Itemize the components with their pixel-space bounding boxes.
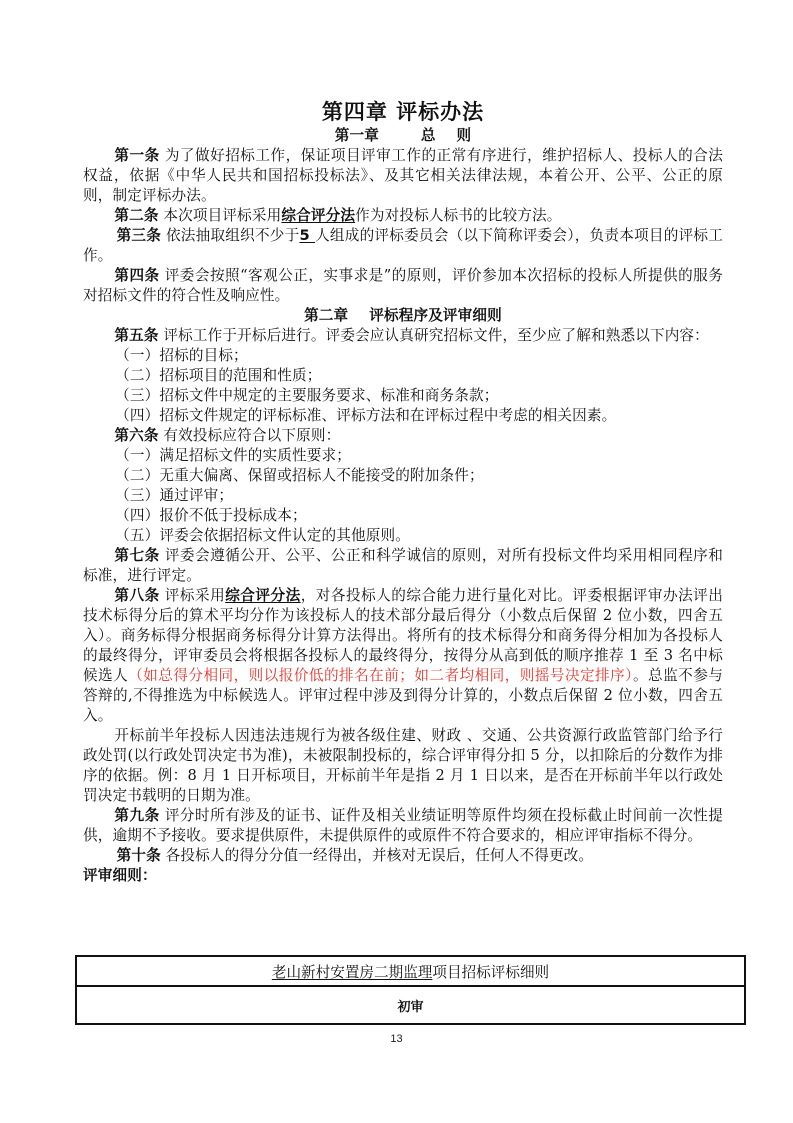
article-3-label: 第三条 bbox=[117, 227, 162, 244]
page-title: 第四章 评标办法 bbox=[83, 98, 723, 126]
article-9: 第九条 评分时所有涉及的证书、证件及相关业绩证明等原件均须在投标截止时间前一次性… bbox=[83, 806, 723, 846]
article-3-pre: 依法抽取组织不少于 bbox=[161, 227, 299, 244]
article-7: 第七条 评委会遵循公开、公平、公正和科学诚信的原则，对所有投标文件均采用相同程序… bbox=[83, 546, 723, 586]
article-7-text: 评委会遵循公开、公平、公正和科学诚信的原则，对所有投标文件均采用相同程序和标准，… bbox=[83, 547, 723, 584]
article-2: 第二条 本次项目评标采用综合评分法作为对投标人标书的比较方法。 bbox=[83, 206, 723, 226]
table-caption: 老山新村安置房二期监理项目招标评标细则 bbox=[76, 956, 745, 986]
article-5-label: 第五条 bbox=[114, 327, 158, 344]
article-5-text: 评标工作于开标后进行。评委会应认真研究招标文件，至少应了解和熟悉以下内容： bbox=[159, 327, 709, 344]
list-item: （五）评委会依据招标文件认定的其他原则。 bbox=[83, 526, 723, 546]
list-item: （三）通过评审； bbox=[83, 486, 723, 506]
article-1-label: 第一条 bbox=[114, 147, 159, 164]
article-6-text: 有效投标应符合以下原则： bbox=[159, 427, 341, 444]
article-10: 第十条 各投标人的得分分值一经得出，并核对无误后，任何人不得更改。 bbox=[83, 846, 723, 866]
article-4-text: 评委会按照“客观公正，实事求是”的原则，评价参加本次招标的投标人所提供的服务对招… bbox=[83, 267, 723, 304]
table-row: 老山新村安置房二期监理项目招标评标细则 bbox=[76, 956, 745, 986]
list-item: （一）招标的目标； bbox=[83, 346, 723, 366]
penalty-paragraph: 开标前半年投标人因违法违规行为被各级住建、财政 、交通、公共资源行政监管部门给予… bbox=[83, 726, 723, 806]
article-3: 第三条 依法抽取组织不少于5 人组成的评标委员会（以下简称评委会），负责本项目的… bbox=[83, 226, 723, 266]
chapter-heading-general: 第一章 总 则 bbox=[83, 126, 723, 146]
article-5: 第五条 评标工作于开标后进行。评委会应认真研究招标文件，至少应了解和熟悉以下内容… bbox=[83, 326, 723, 346]
article-8-pre: 评标采用 bbox=[160, 587, 226, 604]
table-row: 初审 bbox=[76, 986, 745, 1024]
page-number: 13 bbox=[0, 1033, 793, 1045]
project-name: 老山新村安置房二期监理 bbox=[272, 964, 433, 981]
article-8: 第八条 评标采用综合评分法，对各投标人的综合能力进行量化对比。评委根据评审办法评… bbox=[83, 586, 723, 726]
article-6-label: 第六条 bbox=[114, 427, 158, 444]
chapter-heading-procedure: 第二章 评标程序及评审细则 bbox=[83, 306, 723, 326]
article-1: 第一条 为了做好招标工作，保证项目评审工作的正常有序进行，维护招标人、投标人的合… bbox=[83, 146, 723, 206]
article-1-text: 为了做好招标工作，保证项目评审工作的正常有序进行，维护招标人、投标人的合法权益，… bbox=[83, 147, 723, 204]
article-2-post: 作为对投标人标书的比较方法。 bbox=[355, 207, 561, 224]
article-2-pre: 本次项目评标采用 bbox=[159, 207, 282, 224]
section-preliminary-review: 初审 bbox=[76, 986, 745, 1024]
article-4-label: 第四条 bbox=[114, 267, 159, 284]
article-7-label: 第七条 bbox=[114, 547, 159, 564]
article-10-text: 各投标人的得分分值一经得出，并核对无误后，任何人不得更改。 bbox=[161, 847, 593, 864]
evaluation-detail-table: 老山新村安置房二期监理项目招标评标细则 初审 bbox=[75, 955, 746, 1025]
article-2-label: 第二条 bbox=[114, 207, 158, 224]
list-item: （一）满足招标文件的实质性要求； bbox=[83, 446, 723, 466]
caption-rest: 项目招标评标细则 bbox=[432, 964, 549, 981]
article-9-label: 第九条 bbox=[114, 807, 159, 824]
article-4: 第四条 评委会按照“客观公正，实事求是”的原则，评价参加本次招标的投标人所提供的… bbox=[83, 266, 723, 306]
article-9-text: 评分时所有涉及的证书、证件及相关业绩证明等原件均须在投标截止时间前一次性提供，逾… bbox=[83, 807, 723, 844]
article-10-label: 第十条 bbox=[117, 847, 161, 864]
list-item: （三）招标文件中规定的主要服务要求、标准和商务条款； bbox=[83, 386, 723, 406]
list-item: （四）招标文件规定的评标标准、评标方法和在评标过程中考虑的相关因素。 bbox=[83, 406, 723, 426]
list-item: （二）招标项目的范围和性质； bbox=[83, 366, 723, 386]
committee-size: 5 bbox=[299, 227, 315, 244]
tie-break-rule: （如总得分相同，则以报价低的排名在前；如二者均相同，则摇号决定排序） bbox=[128, 667, 633, 684]
list-item: （二）无重大偏离、保留或招标人不能接受的附加条件； bbox=[83, 466, 723, 486]
page-content: 第四章 评标办法 第一章 总 则 第一条 为了做好招标工作，保证项目评审工作的正… bbox=[83, 98, 723, 886]
detail-heading: 评审细则： bbox=[83, 866, 723, 886]
method-emphasis: 综合评分法 bbox=[225, 587, 300, 604]
article-6: 第六条 有效投标应符合以下原则： bbox=[83, 426, 723, 446]
method-emphasis: 综合评分法 bbox=[281, 207, 355, 224]
list-item: （四）报价不低于投标成本； bbox=[83, 506, 723, 526]
document-page: 第四章 评标办法 第一章 总 则 第一条 为了做好招标工作，保证项目评审工作的正… bbox=[0, 0, 793, 1123]
article-8-label: 第八条 bbox=[114, 587, 159, 604]
